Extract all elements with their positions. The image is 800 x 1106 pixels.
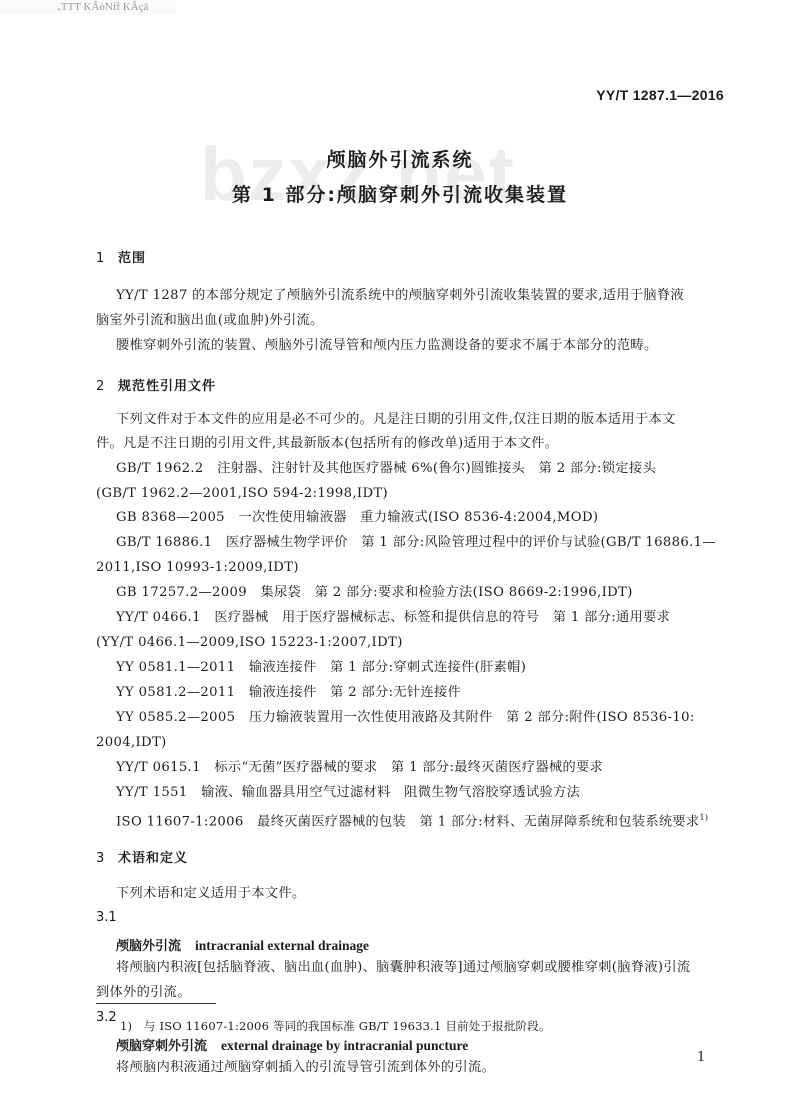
standard-code: YY/T 1287.1—2016 <box>596 87 724 103</box>
term-definition-line: 到体外的引流。 <box>96 985 191 1001</box>
document-title-line2: 第 1 部分:颅脑穿刺外引流收集装置 <box>0 180 800 207</box>
reference-entry: GB/T 1962.2 注射器、注射针及其他医疗器械 6%(鲁尔)圆锥接头 第 … <box>116 461 656 477</box>
section-title: 范围 <box>118 251 146 266</box>
footnote-marker[interactable]: 1) <box>699 813 708 822</box>
page-number: 1 <box>697 1050 705 1065</box>
paragraph-line: YY/T 1287 的本部分规定了颅脑外引流系统中的颅脑穿刺外引流收集装置的要求… <box>116 288 684 304</box>
footnote: 1) 与 ISO 11607-1:2006 等同的我国标准 GB/T 19633… <box>120 1018 551 1034</box>
reference-entry: GB 17257.2—2009 集尿袋 第 2 部分:要求和检验方法(ISO 8… <box>116 585 633 601</box>
reference-entry: YY 0581.2—2011 输液连接件 第 2 部分:无针连接件 <box>116 685 461 701</box>
reference-entry-cont: (YY/T 0466.1—2009,ISO 15223-1:2007,IDT) <box>96 635 403 651</box>
term-en: external drainage by intracranial punctu… <box>221 1038 468 1053</box>
term-zh: 颅脑穿刺外引流 <box>116 1039 207 1054</box>
section-1-heading: 1范围 <box>96 247 146 266</box>
term-en: intracranial external drainage <box>195 938 369 953</box>
reference-entry-cont: 2011,ISO 10993-1:2009,IDT) <box>96 560 299 576</box>
reference-entry: YY/T 0615.1 标示“无菌”医疗器械的要求 第 1 部分:最终灭菌医疗器… <box>116 760 603 776</box>
paragraph-line: 下列文件对于本文件的应用是必不可少的。凡是注日期的引用文件,仅注日期的版本适用于… <box>116 412 676 428</box>
term-heading: 颅脑穿刺外引流external drainage by intracranial… <box>116 1035 468 1054</box>
reference-text: ISO 11607-1:2006 最终灭菌医疗器械的包装 第 1 部分:材料、无… <box>116 814 699 829</box>
reference-entry-cont: 2004,IDT) <box>96 735 167 751</box>
section-number: 1 <box>96 251 118 266</box>
reference-entry: GB/T 16886.1 医疗器械生物学评价 第 1 部分:风险管理过程中的评价… <box>116 535 716 551</box>
top-watermark-text: ₑTTT KÂòNff KÂçā <box>0 0 176 14</box>
reference-entry: YY 0581.1—2011 输液连接件 第 1 部分:穿刺式连接件(肝素帽) <box>116 660 526 676</box>
reference-entry-cont: (GB/T 1962.2—2001,ISO 594-2:1998,IDT) <box>96 486 388 502</box>
document-title-line1: 颅脑外引流系统 <box>0 145 800 172</box>
paragraph-line: 件。凡是不注日期的引用文件,其最新版本(包括所有的修改单)适用于本文件。 <box>96 436 558 452</box>
reference-entry: GB 8368—2005 一次性使用输液器 重力输液式(ISO 8536-4:2… <box>116 510 598 526</box>
term-number: 3.1 <box>96 910 117 925</box>
section-number: 3 <box>96 851 118 866</box>
paragraph-line: 腰椎穿刺外引流的装置、颅脑外引流导管和颅内压力监测设备的要求不属于本部分的范畴。 <box>116 338 658 354</box>
section-title: 术语和定义 <box>118 851 188 866</box>
reference-entry: ISO 11607-1:2006 最终灭菌医疗器械的包装 第 1 部分:材料、无… <box>116 810 708 830</box>
section-3-heading: 3术语和定义 <box>96 847 188 866</box>
reference-entry: YY/T 1551 输液、输血器具用空气过滤材料 阻微生物气溶胶穿透试验方法 <box>116 785 580 801</box>
reference-entry: YY 0585.2—2005 压力输液装置用一次性使用液路及其附件 第 2 部分… <box>116 710 695 726</box>
term-heading: 颅脑外引流intracranial external drainage <box>116 935 369 954</box>
section-title: 规范性引用文件 <box>118 379 216 394</box>
footnote-divider <box>96 1003 216 1004</box>
reference-entry: YY/T 0466.1 医疗器械 用于医疗器械标志、标签和提供信息的符号 第 1… <box>116 610 670 626</box>
term-definition-line: 将颅脑内积液[包括脑脊液、脑出血(血肿)、脑囊肿积液等]通过颅脑穿刺或腰椎穿刺(… <box>116 960 690 976</box>
paragraph-line: 脑室外引流和脑出血(或血肿)外引流。 <box>96 313 324 329</box>
section-2-heading: 2规范性引用文件 <box>96 375 216 394</box>
term-definition-line: 将颅脑内积液通过颅脑穿刺插入的引流导管引流到体外的引流。 <box>116 1060 495 1076</box>
term-number: 3.2 <box>96 1010 117 1025</box>
paragraph-line: 下列术语和定义适用于本文件。 <box>116 886 306 902</box>
section-number: 2 <box>96 379 118 394</box>
term-zh: 颅脑外引流 <box>116 939 181 954</box>
